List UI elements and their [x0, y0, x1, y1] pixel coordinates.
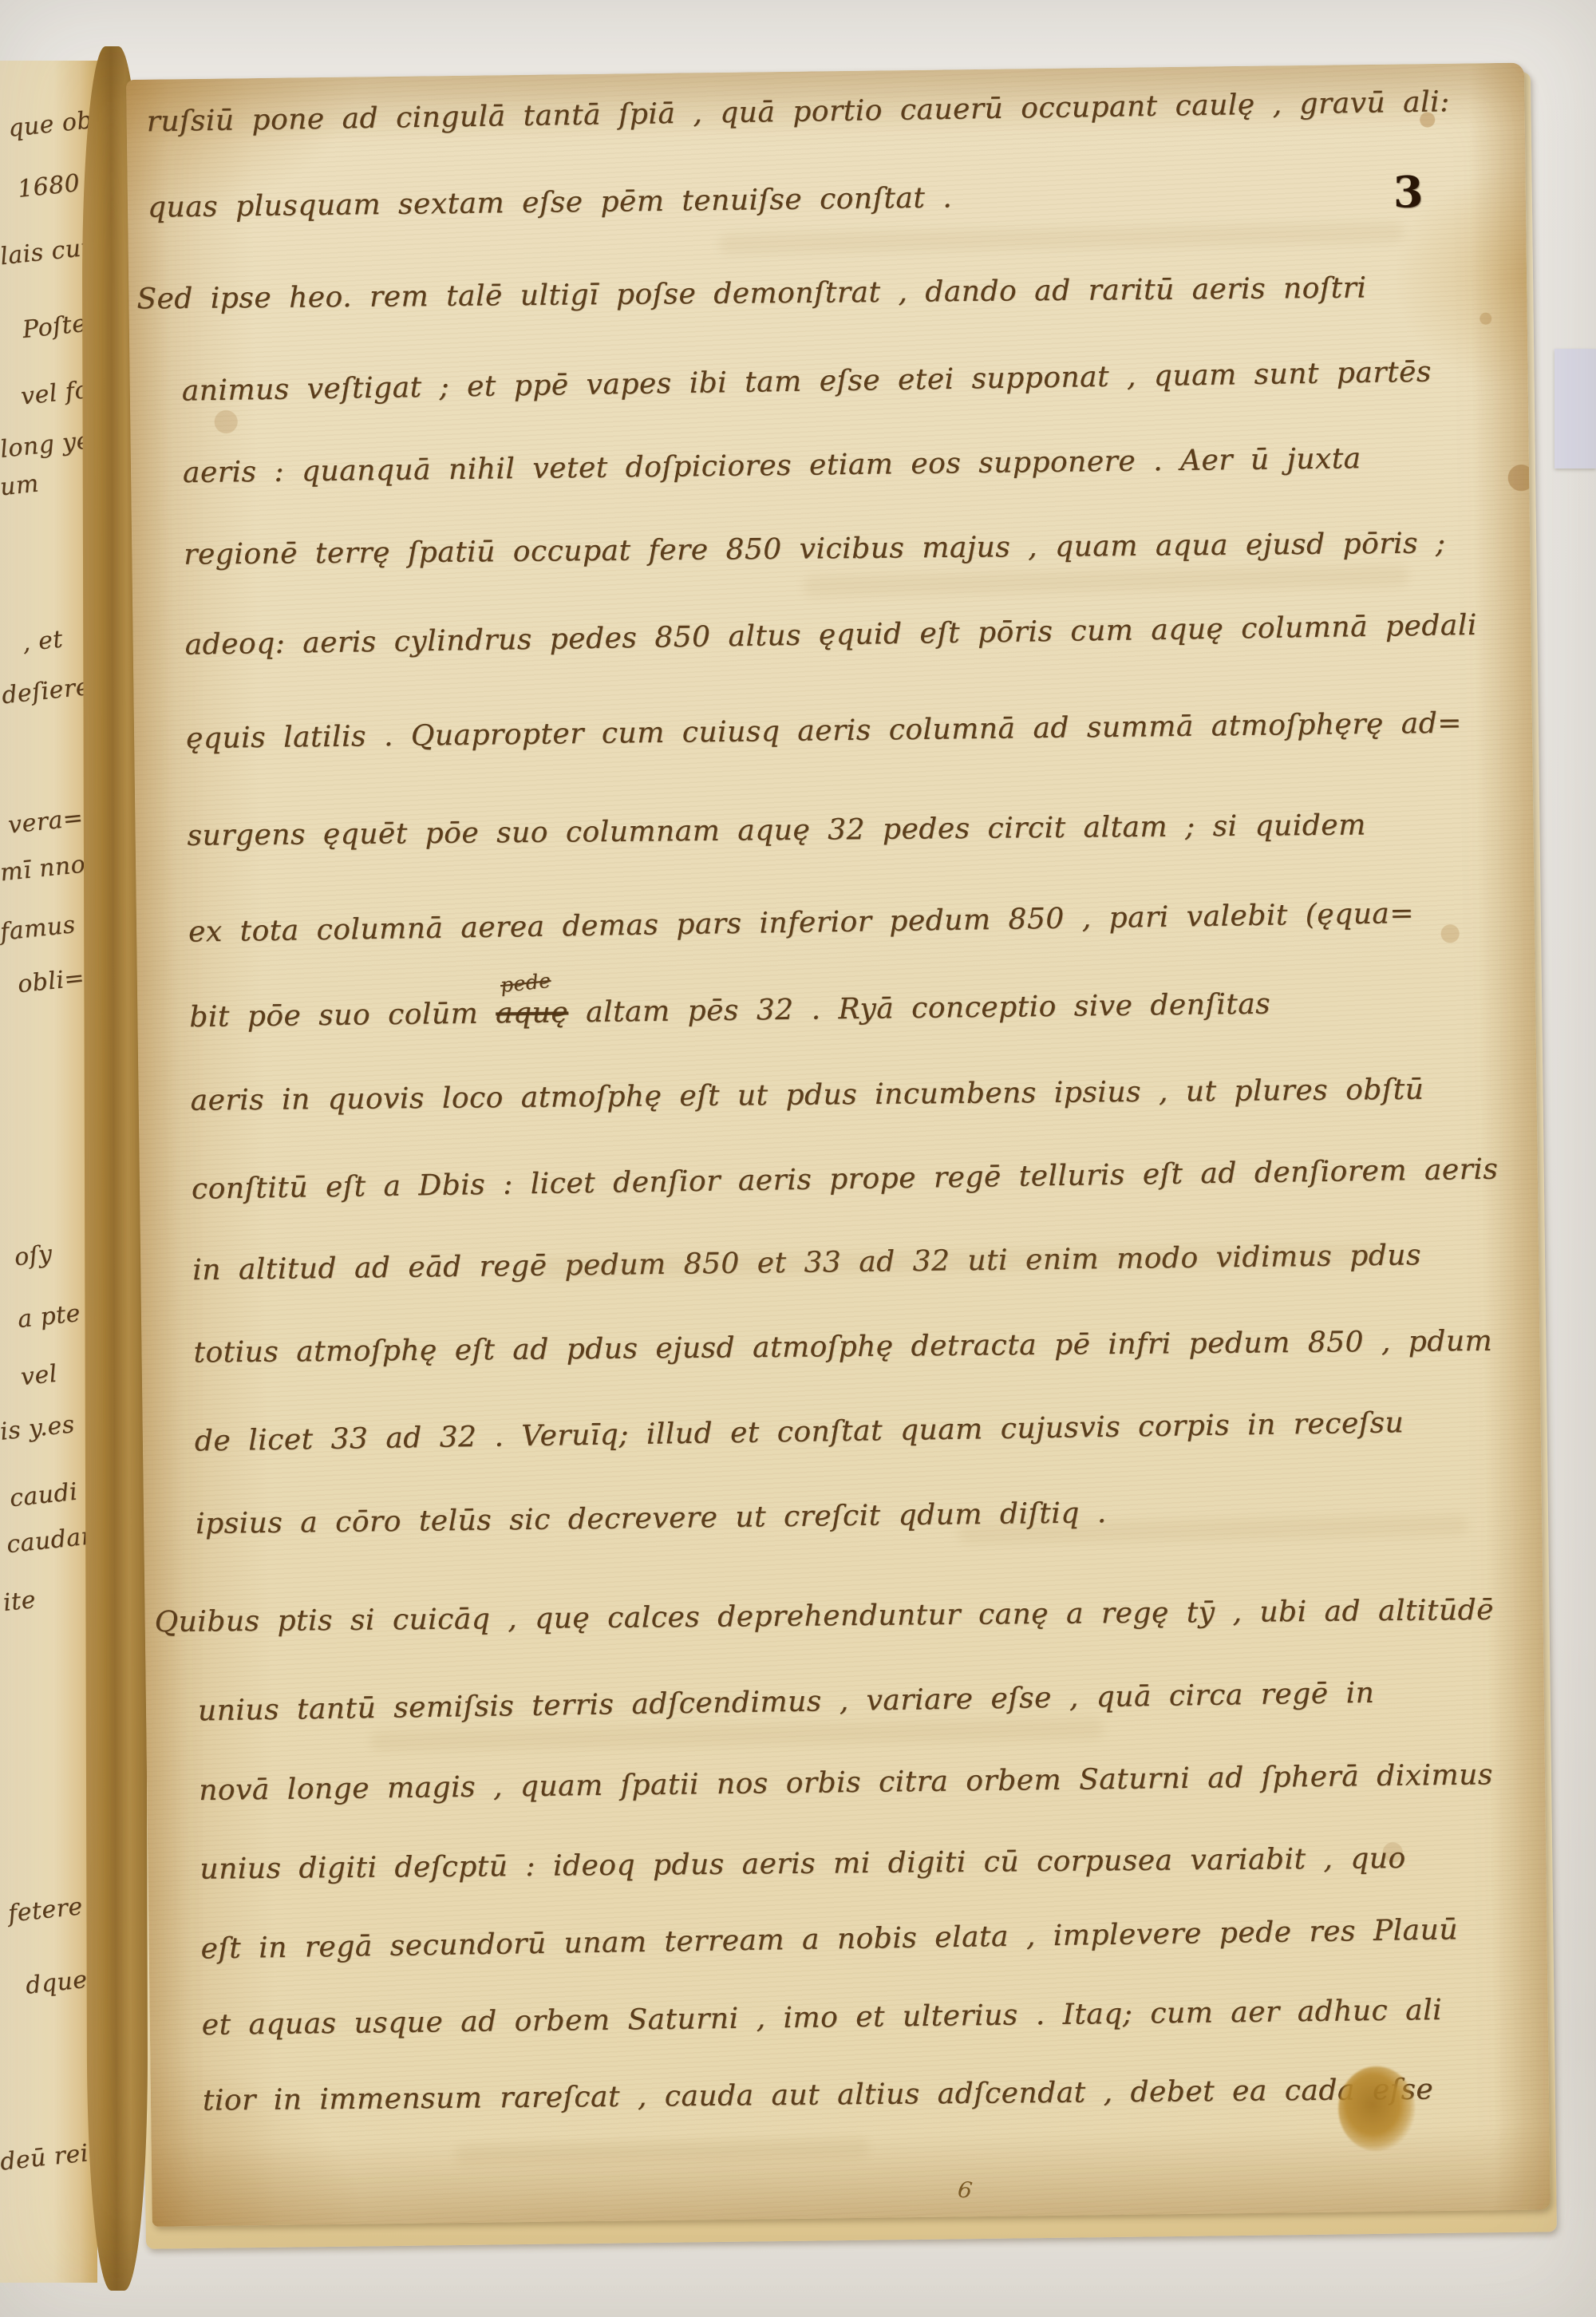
manuscript-line: ipsius a cōro telūs sic decrevere ut cre… [196, 1497, 1107, 1540]
footer-mark: 6 [956, 2176, 974, 2204]
manuscript-line: tior in immensum rareſcat , cauda aut al… [203, 2074, 1434, 2117]
manuscript-line: ęquis latilis . Quapropter cum cuiusq ae… [186, 707, 1462, 756]
margin-fragment: oſy [13, 1240, 53, 1272]
show-through-smudge [803, 565, 1409, 596]
margin-fragment: a pte [16, 1299, 81, 1334]
manuscript-page: 3 ruſsiū pone ad cingulā tantā ſpiā , qu… [126, 63, 1551, 2227]
manuscript-line: Quibus ptis si cuicāq , quę calces depre… [154, 1594, 1494, 1639]
margin-fragment: is y.es [0, 1410, 76, 1446]
margin-fragment: famus [0, 911, 77, 947]
manuscript-line: Sed ipse heo. rem talē ultigī poſse demo… [136, 271, 1366, 315]
manuscript-line: unius tantū semiſsis terris adſcendimus … [198, 1677, 1375, 1728]
page-number: 3 [1393, 166, 1424, 217]
margin-fragment: obli= [16, 964, 85, 999]
margin-fragment: caudi [8, 1478, 79, 1513]
struck-word: aquępede [496, 996, 568, 1030]
ink-stain [1338, 2066, 1416, 2151]
manuscript-line: et aquas usque ad orbem Saturni , imo et… [202, 1994, 1443, 2042]
manuscript-line: aeris : quanquā nihil vetet doſpiciores … [183, 442, 1361, 489]
interlinear-insertion: pede [499, 969, 551, 997]
margin-fragment: 1680 [16, 169, 81, 204]
margin-fragment: caudam [6, 1521, 97, 1560]
margin-fragment: um [0, 470, 40, 502]
manuscript-line: novā longe magis , quam ſpatii nos orbis… [199, 1758, 1493, 1807]
manuscript-line: totius atmoſphę eſt ad pdus ejusd atmoſp… [193, 1325, 1492, 1370]
manuscript-photo: que ob:1680lais cui:Poſteavel for:long y… [0, 0, 1596, 2317]
manuscript-line: unius digiti deſcptū : ideoq pdus aeris … [199, 1842, 1406, 1886]
show-through-smudge [455, 2137, 870, 2165]
manuscript-line: bit pōe suo colūm aquępede altam pēs 32 … [189, 988, 1270, 1034]
manuscript-line: de licet 33 ad 32 . Veruīq; illud et con… [195, 1406, 1404, 1457]
manuscript-line: animus veſtigat ; et ppē vapes ibi tam e… [181, 356, 1432, 408]
manuscript-line: eſt in regā secundorū unam terream a nob… [200, 1913, 1458, 1965]
margin-fragment: deū rei [0, 2139, 90, 2176]
manuscript-line: in altitud ad eād regē pedum 850 et 33 a… [192, 1239, 1421, 1287]
margin-fragment: vera= [6, 804, 85, 840]
margin-fragment: mī nno [0, 850, 87, 887]
margin-fragment: que ob: [6, 105, 97, 143]
manuscript-line: conſtitū eſt a Dbis : licet denſior aeri… [192, 1153, 1499, 1206]
manuscript-line: aeris in quovis loco atmoſphę eſt ut pdu… [190, 1073, 1424, 1117]
margin-fragment: vel [19, 1360, 58, 1392]
manuscript-line: surgens ęquēt pōe suo columnam aquę 32 p… [187, 809, 1366, 852]
show-through-smudge [369, 1718, 1104, 1752]
margin-fragment: fetere [6, 1892, 84, 1928]
manuscript-line: regionē terrę ſpatiū occupat fere 850 vi… [184, 527, 1446, 571]
manuscript-line: adeoq: aeris cylindrus pedes 850 altus ę… [184, 609, 1477, 662]
margin-fragment: , et [21, 625, 64, 657]
text-block: ruſsiū pone ad cingulā tantā ſpiā , quā … [126, 63, 1524, 80]
manuscript-line: quas plusquam sextam eſse pēm tenuiſse c… [148, 181, 953, 223]
bookmark-tab [1555, 349, 1596, 469]
manuscript-line: ex tota columnā aerea demas pars inferio… [188, 897, 1415, 949]
show-through-smudge [718, 222, 1404, 255]
manuscript-line: ruſsiū pone ad cingulā tantā ſpiā , quā … [146, 85, 1450, 138]
margin-fragment: ite [2, 1586, 37, 1617]
